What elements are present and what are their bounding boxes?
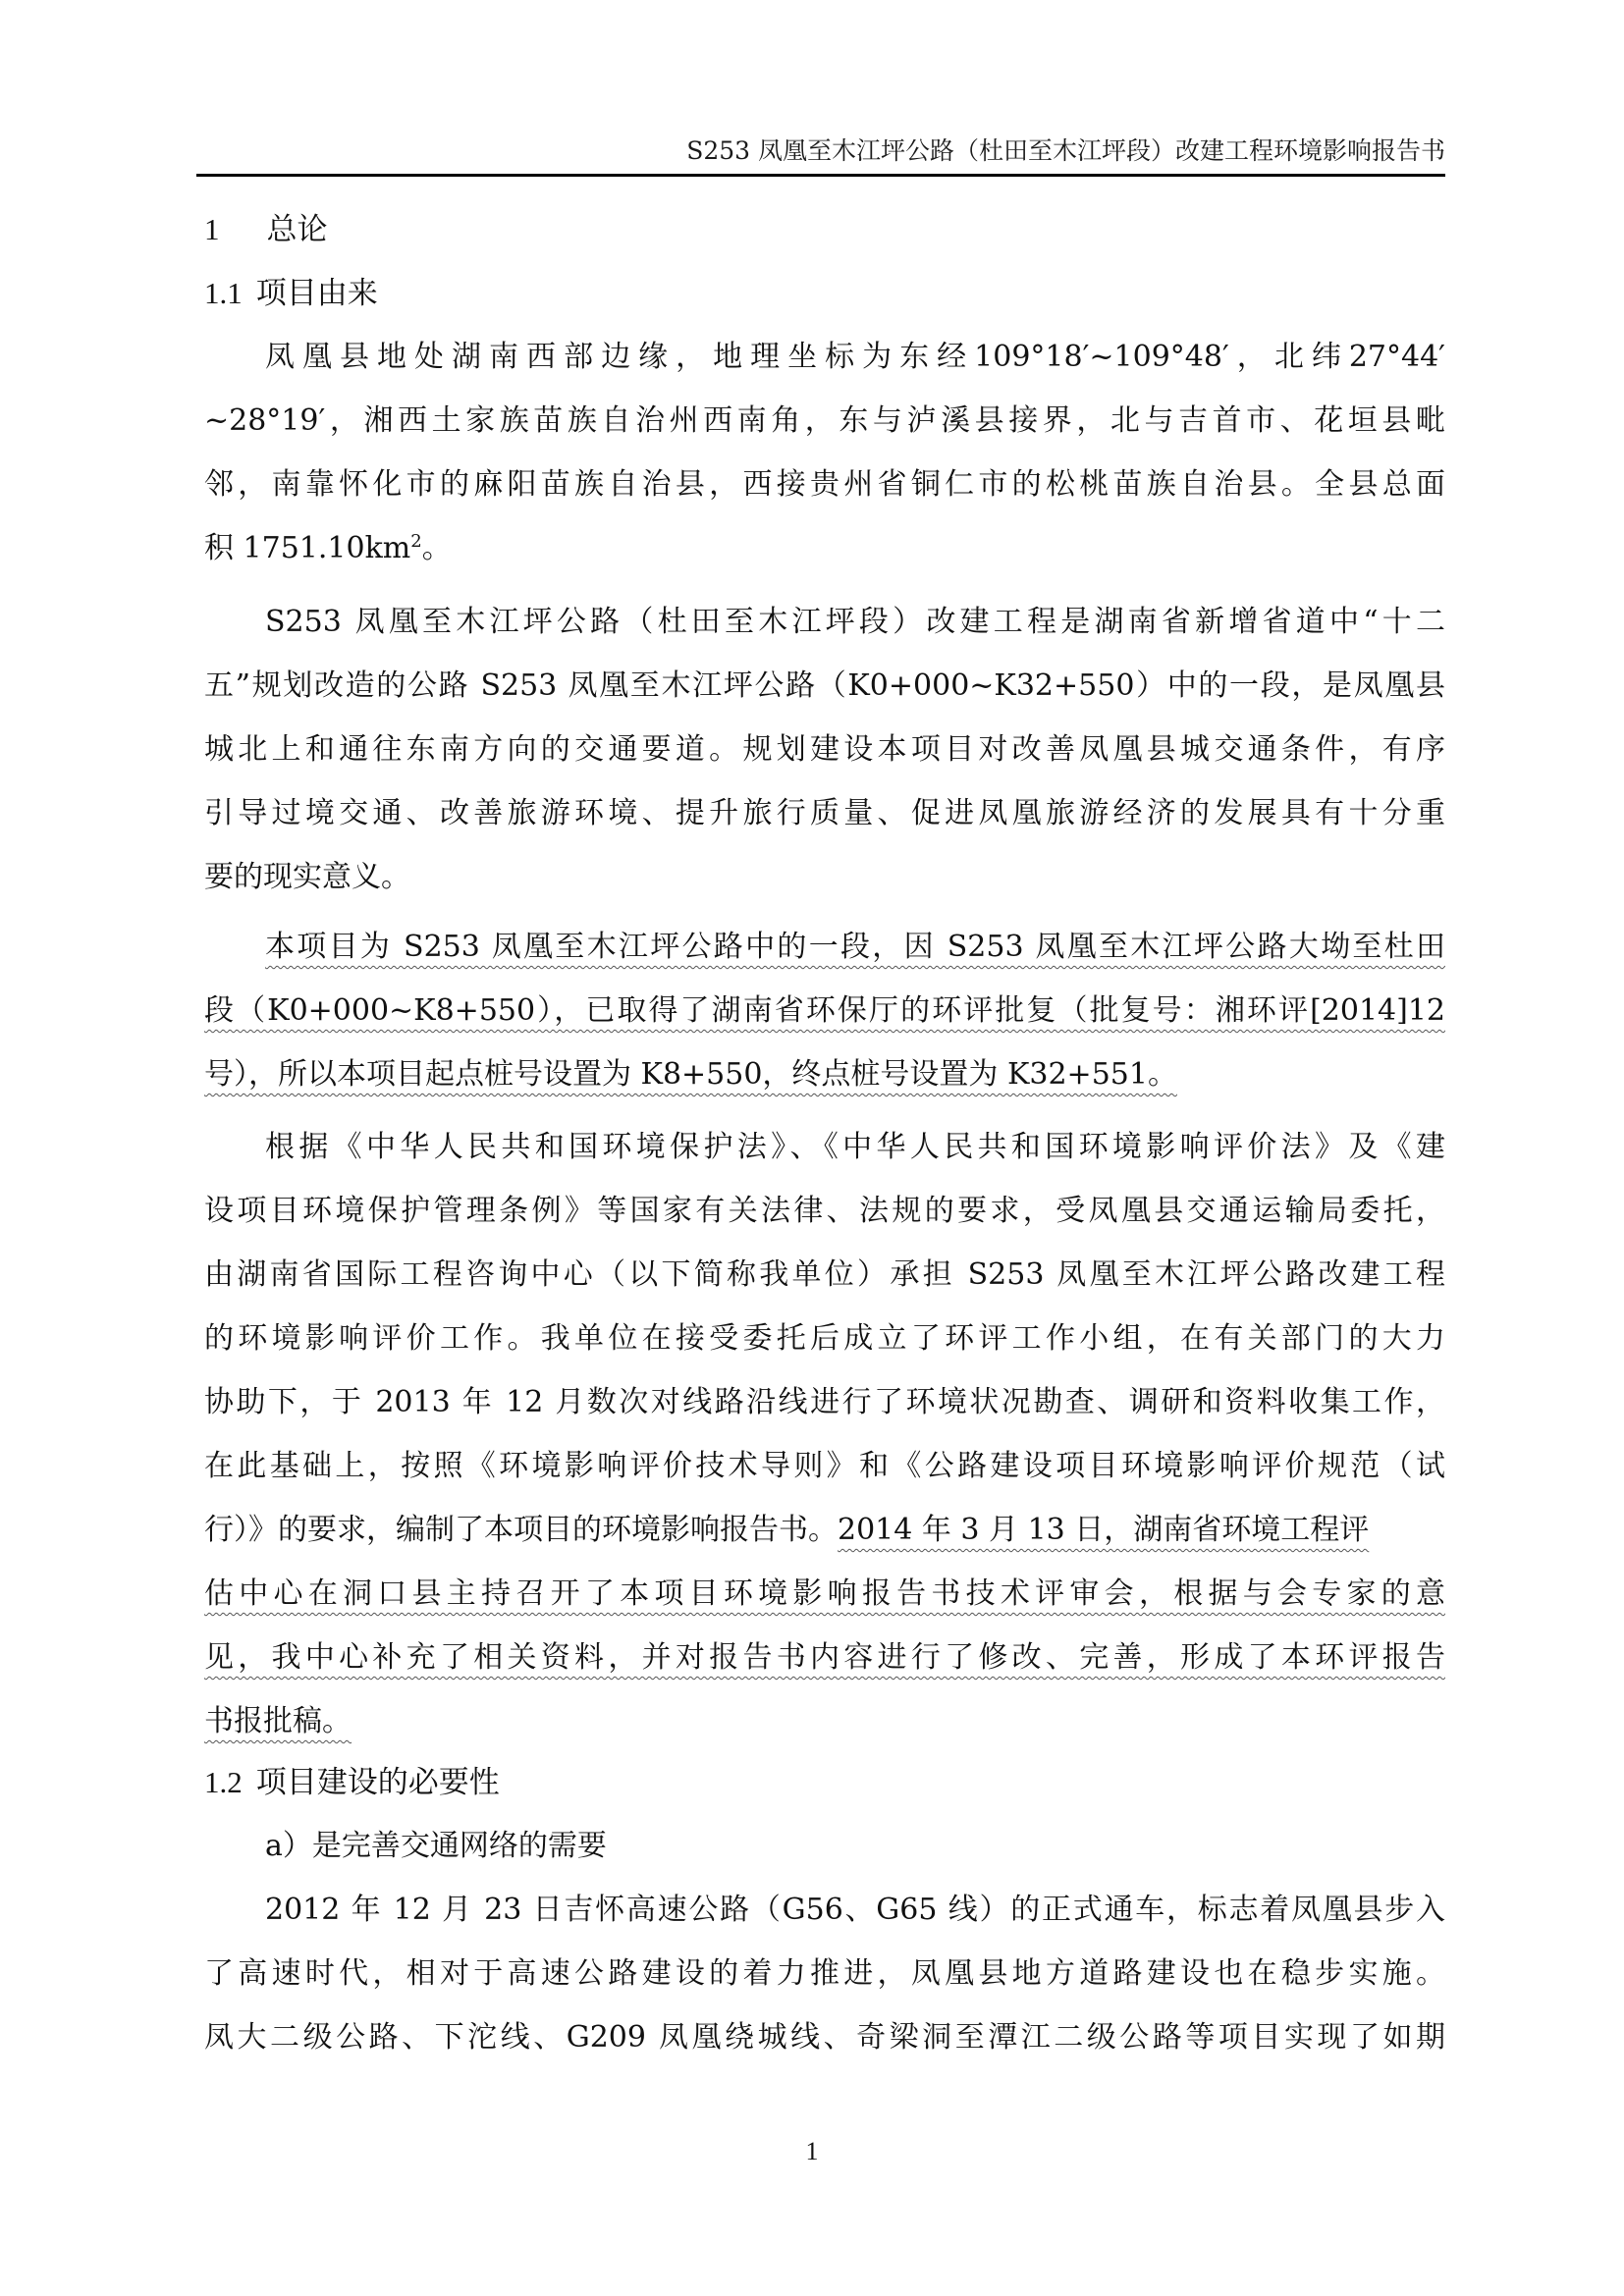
- paragraph-line: 根据《中华人民共和国环境保护法》、《中华人民共和国环境影响评价法》及《建: [265, 1126, 1445, 1169]
- paragraph-line: 邻，南靠怀化市的麻阳苗族自治县，西接贵州省铜仁市的松桃苗族自治县。全县总面: [204, 463, 1445, 507]
- page-number: 1: [800, 2132, 824, 2171]
- running-header: S253 凤凰至木江坪公路（杜田至木江坪段）改建工程环境影响报告书: [196, 130, 1445, 173]
- paragraph-line: ~28°19′，湘西土家族苗族自治州西南角，东与泸溪县接界，北与吉首市、花垣县毗: [204, 400, 1445, 443]
- section-number: 1.1: [204, 276, 243, 310]
- paragraph-line: 引导过境交通、改善旅游环境、提升旅行质量、促进凤凰旅游经济的发展具有十分重: [204, 792, 1445, 835]
- section-number: 1.2: [204, 1765, 243, 1799]
- paragraph-line: 2012 年 12 月 23 日吉怀高速公路（G56、G65 线）的正式通车，标…: [265, 1889, 1445, 1932]
- superscript: 2: [410, 531, 421, 552]
- paragraph-line: 的环境影响评价工作。我单位在接受委托后成立了环评工作小组，在有关部门的大力: [204, 1317, 1445, 1361]
- chapter-heading: 1总论: [204, 208, 1445, 251]
- underlined-text: 本项目为 S253 凤凰至木江坪公路中的一段，因 S253 凤凰至木江坪公路大坳…: [265, 930, 1445, 964]
- underlined-text: 书报批稿。: [204, 1704, 352, 1738]
- paragraph-line-underlined: 号），所以本项目起点桩号设置为 K8+550，终点桩号设置为 K32+551。: [204, 1053, 1445, 1096]
- subsection-label: a）是完善交通网络的需要: [265, 1825, 1506, 1868]
- paragraph-line: 城北上和通往东南方向的交通要道。规划建设本项目对改善凤凰县城交通条件，有序: [204, 728, 1445, 772]
- paragraph-line: 凤大二级公路、下沱线、G209 凤凰绕城线、奇梁洞至潭江二级公路等项目实现了如期: [204, 2016, 1445, 2059]
- header-rule: [196, 174, 1445, 177]
- paragraph-line-underlined: 本项目为 S253 凤凰至木江坪公路中的一段，因 S253 凤凰至木江坪公路大坳…: [265, 926, 1445, 969]
- plain-text: 行）》的要求，编制了本项目的环境影响报告书。: [204, 1513, 838, 1547]
- document-page: S253 凤凰至木江坪公路（杜田至木江坪段）改建工程环境影响报告书 1总论 1.…: [0, 0, 1624, 2296]
- paragraph-line: 凤凰县地处湖南西部边缘，地理坐标为东经109°18′~109°48′，北纬27°…: [265, 336, 1445, 379]
- underlined-text: 段（K0+000~K8+550），已取得了湖南省环保厅的环评批复（批复号：湘环评…: [204, 993, 1445, 1028]
- paragraph-line-underlined: 书报批稿。: [204, 1700, 1445, 1743]
- area-text: 积 1751.10km: [204, 531, 410, 565]
- section-title: 项目建设的必要性: [256, 1765, 500, 1800]
- paragraph-line: 五”规划改造的公路 S253 凤凰至木江坪公路（K0+000~K32+550）中…: [204, 665, 1445, 708]
- section-title: 项目由来: [256, 276, 378, 311]
- section-heading-1-1: 1.1项目由来: [204, 272, 1445, 315]
- underlined-text: 号），所以本项目起点桩号设置为 K8+550，终点桩号设置为 K32+551。: [204, 1057, 1177, 1092]
- chapter-title: 总论: [267, 212, 328, 247]
- underlined-text: 2014 年 3 月 13 日，湖南省环境工程评: [838, 1513, 1369, 1547]
- paragraph-line-underlined: 段（K0+000~K8+550），已取得了湖南省环保厅的环评批复（批复号：湘环评…: [204, 989, 1445, 1033]
- chapter-number: 1: [204, 212, 220, 246]
- paragraph-line: 在此基础上，按照《环境影响评价技术导则》和《公路建设项目环境影响评价规范（试: [204, 1445, 1445, 1488]
- paragraph-line: 由湖南省国际工程咨询中心（以下简称我单位）承担 S253 凤凰至木江坪公路改建工…: [204, 1254, 1445, 1297]
- paragraph-line-underlined: 估中心在洞口县主持召开了本项目环境影响报告书技术评审会，根据与会专家的意: [204, 1573, 1445, 1616]
- paragraph-line: S253 凤凰至木江坪公路（杜田至木江坪段）改建工程是湖南省新增省道中“十二: [265, 601, 1445, 644]
- underlined-text: 见，我中心补充了相关资料，并对报告书内容进行了修改、完善，形成了本环评报告: [204, 1640, 1445, 1675]
- paragraph-line: 协助下，于 2013 年 12 月数次对线路沿线进行了环境状况勘查、调研和资料收…: [204, 1381, 1445, 1424]
- paragraph-line: 要的现实意义。: [204, 856, 1445, 899]
- paragraph-line-mixed: 行）》的要求，编制了本项目的环境影响报告书。2014 年 3 月 13 日，湖南…: [204, 1509, 1445, 1552]
- underlined-text: 估中心在洞口县主持召开了本项目环境影响报告书技术评审会，根据与会专家的意: [204, 1576, 1445, 1611]
- paragraph-line-underlined: 见，我中心补充了相关资料，并对报告书内容进行了修改、完善，形成了本环评报告: [204, 1636, 1445, 1680]
- period: 。: [422, 531, 452, 565]
- paragraph-line: 积 1751.10km2。: [204, 527, 1445, 570]
- paragraph-line: 了高速时代，相对于高速公路建设的着力推进，凤凰县地方道路建设也在稳步实施。: [204, 1952, 1445, 1996]
- paragraph-line: 设项目环境保护管理条例》等国家有关法律、法规的要求，受凤凰县交通运输局委托，: [204, 1190, 1445, 1233]
- section-heading-1-2: 1.2项目建设的必要性: [204, 1761, 1445, 1804]
